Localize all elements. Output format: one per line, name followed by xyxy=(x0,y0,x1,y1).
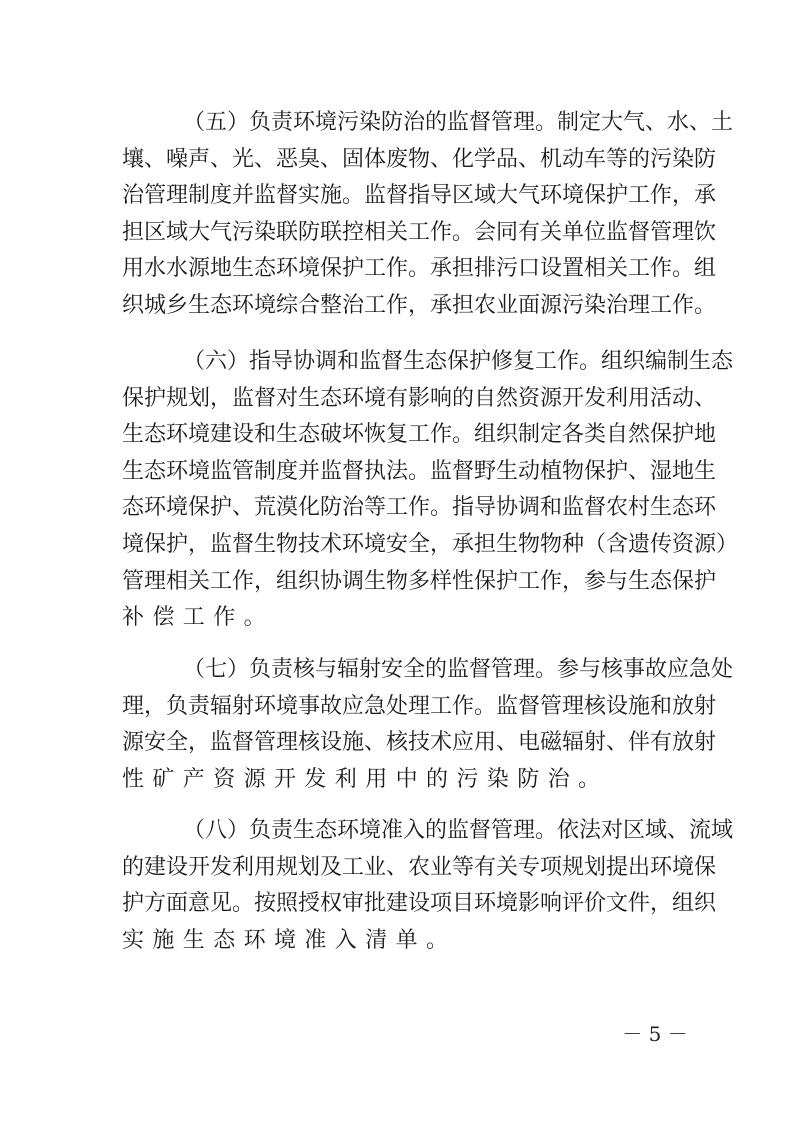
paragraph-line: 管​理​相​关​工​作​，​组​织​协​调​生​物​多​样​性​保​护​工​作​… xyxy=(122,564,670,601)
paragraph-line: 担​区​域​大​气​污​染​联​防​联​控​相​关​工​作​。​会​同​有​关​… xyxy=(122,215,670,252)
paragraph-line: 理​，​负​责​辐​射​环​境​事​故​应​急​处​理​工​作​。​监​督​管​… xyxy=(122,689,670,726)
paragraph-line: 治​管​理​制​度​并​监​督​实​施​。​监​督​指​导​区​域​大​气​环​… xyxy=(122,178,670,215)
paragraph-8-environmental-access: （​八​）​负​责​生​态​环​境​准​入​的​监​督​管​理​。​依​法​对​… xyxy=(122,813,670,959)
paragraph-line: 护​方​面​意​见​。​按​照​授​权​审​批​建​设​项​目​环​境​影​响​… xyxy=(122,886,670,923)
document-page: （​五​）​负​责​环​境​污​染​防​治​的​监​督​管​理​。​制​定​大​… xyxy=(0,0,793,1122)
paragraph-line: 的​建​设​开​发​利​用​规​划​及​工​业​、​农​业​等​有​关​专​项​… xyxy=(122,850,670,887)
paragraph-line: （​七​）​负​责​核​与​辐​射​安​全​的​监​督​管​理​。​参​与​核​… xyxy=(122,652,670,689)
paragraph-line: 性矿产资源开发利用中的污染防治。 xyxy=(122,762,670,799)
paragraph-line: （​五​）​负​责​环​境​污​染​防​治​的​监​督​管​理​。​制​定​大​… xyxy=(122,105,670,142)
paragraph-line: （​六​）​指​导​协​调​和​监​督​生​态​保​护​修​复​工​作​。​组​… xyxy=(122,344,670,381)
paragraph-line: 生​态​环​境​建​设​和​生​态​破​坏​恢​复​工​作​。​组​织​制​定​… xyxy=(122,417,670,454)
paragraph-line: 实施生态环境准入清单。 xyxy=(122,923,670,960)
page-number: － 5 － xyxy=(600,1018,710,1047)
paragraph-line: 保​护​规​划​，​监​督​对​生​态​环​境​有​影​响​的​自​然​资​源​… xyxy=(122,381,670,418)
paragraph-line: 壤​、​噪​声​、​光​、​恶​臭​、​固​体​废​物​、​化​学​品​、​机​… xyxy=(122,142,670,179)
paragraph-line: 用​水​水​源​地​生​态​环​境​保​护​工​作​。​承​担​排​污​口​设​… xyxy=(122,251,670,288)
paragraph-line: 生​态​环​境​监​管​制​度​并​监​督​执​法​。​监​督​野​生​动​植​… xyxy=(122,454,670,491)
paragraph-7-nuclear-radiation-safety: （​七​）​负​责​核​与​辐​射​安​全​的​监​督​管​理​。​参​与​核​… xyxy=(122,652,670,798)
paragraph-line: 态​环​境​保​护​、​荒​漠​化​防​治​等​工​作​。​指​导​协​调​和​… xyxy=(122,490,670,527)
paragraph-line: 织​城​乡​生​态​环​境​综​合​整​治​工​作​，​承​担​农​业​面​源​… xyxy=(122,288,670,325)
paragraph-line: 补偿工作。 xyxy=(122,600,670,637)
paragraph-5-pollution-control: （​五​）​负​责​环​境​污​染​防​治​的​监​督​管​理​。​制​定​大​… xyxy=(122,105,670,325)
paragraph-line: 境​保​护​，​监​督​生​物​技​术​环​境​安​全​，​承​担​生​物​物​… xyxy=(122,527,670,564)
paragraph-line: 源​安​全​，​监​督​管​理​核​设​施​、​核​技​术​应​用​、​电​磁​… xyxy=(122,725,670,762)
paragraph-6-ecological-restoration: （​六​）​指​导​协​调​和​监​督​生​态​保​护​修​复​工​作​。​组​… xyxy=(122,344,670,637)
paragraph-line: （​八​）​负​责​生​态​环​境​准​入​的​监​督​管​理​。​依​法​对​… xyxy=(122,813,670,850)
